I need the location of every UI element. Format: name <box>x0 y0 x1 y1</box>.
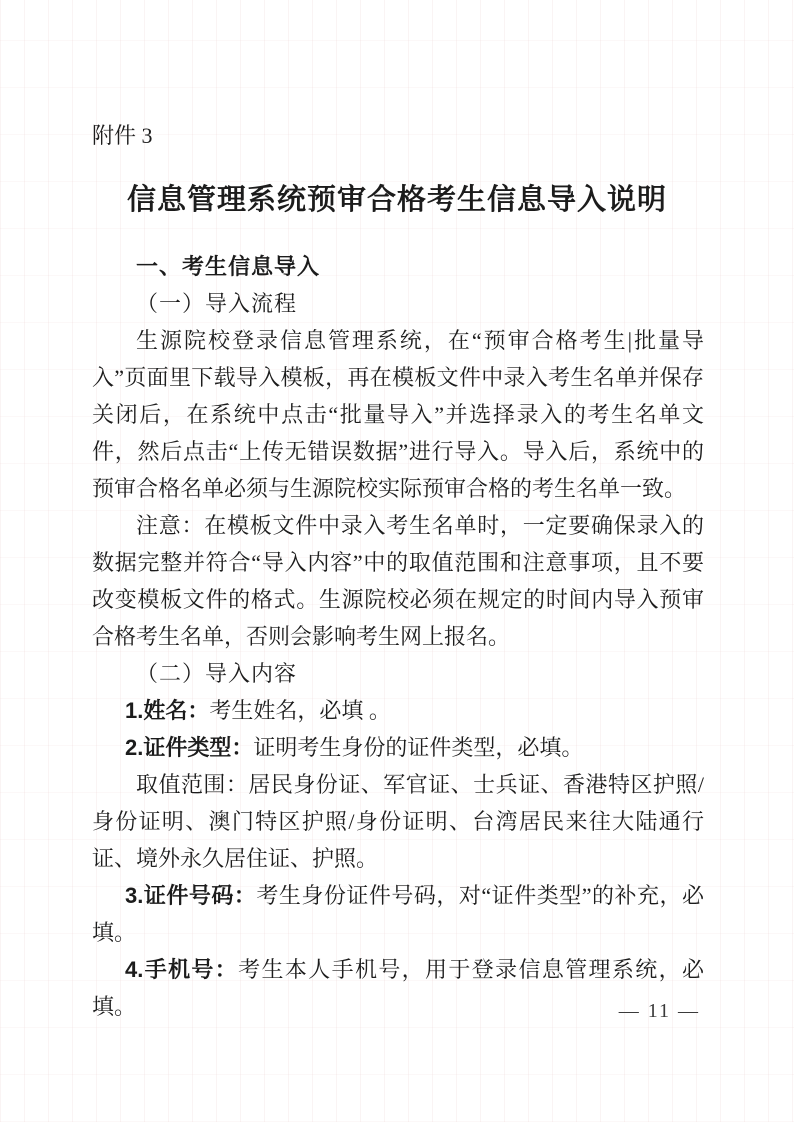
subsection-heading-import-process: （一）导入流程 <box>92 285 704 322</box>
section-heading-candidate-import: 一、考生信息导入 <box>92 248 704 285</box>
attachment-label: 附件 3 <box>92 121 153 151</box>
document-page: 附件 3 信息管理系统预审合格考生信息导入说明 一、考生信息导入 （一）导入流程… <box>0 0 794 1122</box>
page-title: 信息管理系统预审合格考生信息导入说明 <box>0 180 794 220</box>
subsection-heading-import-content: （二）导入内容 <box>92 655 704 692</box>
item-id-type: 2.证件类型：证明考生身份的证件类型，必填。 <box>92 729 704 766</box>
item-phone: 4.手机号：考生本人手机号，用于登录信息管理系统，必填。 <box>92 951 704 1025</box>
item-name: 1.姓名：考生姓名，必填 。 <box>92 692 704 729</box>
item-id-type-label: 2.证件类型： <box>125 735 253 760</box>
paragraph-note: 注意：在模板文件中录入考生名单时，一定要确保录入的数据完整并符合“导入内容”中的… <box>92 507 704 655</box>
paragraph-import-process: 生源院校登录信息管理系统，在“预审合格考生|批量导入”页面里下载导入模板，再在模… <box>92 322 704 507</box>
item-name-text: 考生姓名，必填 。 <box>209 698 391 723</box>
paragraph-value-range: 取值范围：居民身份证、军官证、士兵证、香港特区护照/身份证明、澳门特区护照/身份… <box>92 766 704 877</box>
item-name-label: 1.姓名： <box>125 698 209 723</box>
item-id-number: 3.证件号码：考生身份证件号码，对“证件类型”的补充，必填。 <box>92 877 704 951</box>
item-id-number-label: 3.证件号码： <box>125 883 256 908</box>
page-number: — 11 — <box>619 1000 700 1023</box>
document-body: 一、考生信息导入 （一）导入流程 生源院校登录信息管理系统，在“预审合格考生|批… <box>92 248 704 1025</box>
item-id-type-text: 证明考生身份的证件类型，必填。 <box>253 735 583 760</box>
item-phone-label: 4.手机号： <box>125 957 238 982</box>
